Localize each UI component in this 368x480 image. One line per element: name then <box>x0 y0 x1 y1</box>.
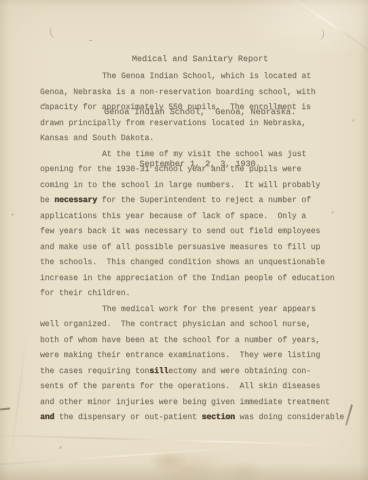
text-segment: ectomy and were obtaining con- <box>168 367 311 376</box>
text-line: The medical work for the present year ap… <box>40 302 352 318</box>
paper-crease-bottom <box>0 434 368 448</box>
text-line: At the time of my visit the school was j… <box>40 147 352 163</box>
pencil-dash-mark <box>0 407 10 410</box>
overstruck-text: sill <box>149 367 168 376</box>
text-line: the schools. This changed condition show… <box>40 255 352 271</box>
text-line: increase in the appreciation of the Indi… <box>40 271 352 287</box>
text-line: coming in to the school in large numbers… <box>40 178 352 194</box>
text-line: be necessary for the Superintendent to r… <box>40 193 352 209</box>
paper-crease-bottom-2 <box>0 446 250 466</box>
text-line: Genoa, Nebraska is a non-reservation boa… <box>40 85 352 101</box>
text-line: sents of the parents for the operations.… <box>40 379 352 395</box>
paper-crease-left <box>10 330 28 459</box>
text-line: capacity for approximately 550 pupils. T… <box>40 100 352 116</box>
text-line: The Genoa Indian School, which is locate… <box>40 69 352 85</box>
text-line: and make use of all possible persuasive … <box>40 240 352 256</box>
overstruck-text: section <box>202 413 235 422</box>
text-line: few years back it was necessary to send … <box>40 224 352 240</box>
text-line: applications this year because of lack o… <box>40 209 352 225</box>
overstruck-text: necessary <box>54 196 97 205</box>
overstruck-text: and <box>40 413 54 422</box>
text-line: the cases requiring tonsillectomy and we… <box>40 364 352 380</box>
text-segment: for the Superintendent to reject a numbe… <box>97 196 311 205</box>
paper-speckles <box>0 0 1 1</box>
text-segment: was doing considerable <box>235 413 344 422</box>
document-page: - Medical and Sanitary Report Genoa Indi… <box>0 0 368 480</box>
text-line: for their children. <box>40 286 352 302</box>
text-line: drawn principally from reservations loca… <box>40 116 352 132</box>
text-segment: the dispensary or out-patient <box>54 413 201 422</box>
text-line: and the dispensary or out-patient sectio… <box>40 410 352 426</box>
text-line: well organized. The contract physician a… <box>40 317 352 333</box>
text-line: and other minor injuries were being give… <box>40 395 352 411</box>
text-line: were making their entrance examinations.… <box>40 348 352 364</box>
report-title: Medical and Sanitary Report <box>52 51 348 69</box>
text-segment: be <box>40 196 54 205</box>
text-segment: the cases requiring ton <box>40 367 149 376</box>
text-line: opening for the 1930-31 school year and … <box>40 162 352 178</box>
document-body: The Genoa Indian School, which is locate… <box>40 69 352 426</box>
text-line: both of whom have been at the school for… <box>40 333 352 349</box>
text-line: Kansas and South Dakota. <box>40 131 352 147</box>
